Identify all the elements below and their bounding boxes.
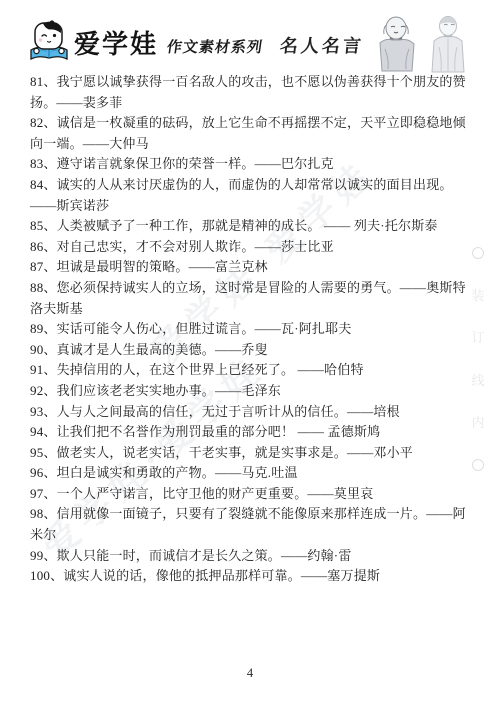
brand-group: 爱学娃 作文素材系列 [28, 20, 263, 64]
quote-line: 91、失掉信用的人，在这个世界上已经死了。 ——哈伯特 [30, 360, 478, 381]
quote-line: 83、遵守诺言就象保卫你的荣誉一样。——巴尔扎克 [30, 154, 478, 175]
quote-line: 95、做老实人，说老实话，干老实事，就是实事求是。——邓小平 [30, 443, 478, 464]
document-page: 爱学娃 作文素材系列 名人名言 [0, 0, 500, 707]
brand-series-label: 作文素材系列 [166, 36, 265, 57]
ancient-scholars-sketch-icon [372, 15, 476, 73]
quote-line: 82、诚信是一枚凝重的砝码，放上它生命不再摇摆不定，天平立即稳稳地倾向一端。——… [30, 113, 478, 154]
quote-line: 81、我宁愿以诚挚获得一百名敌人的攻击，也不愿以伪善获得十个朋友的赞扬。——裴多… [30, 72, 478, 113]
page-number: 4 [0, 666, 500, 681]
quote-line: 90、真诚才是人生最高的美德。——乔叟 [30, 340, 478, 361]
category-title: 名人名言 [279, 32, 366, 58]
quote-line: 98、信用就像一面镜子，只要有了裂缝就不能像原来那样连成一片。——阿米尔 [30, 504, 478, 545]
quote-line: 92、我们应该老老实实地办事。——毛泽东 [30, 381, 478, 402]
quote-line: 96、坦白是诚实和勇敢的产物。——马克.吐温 [30, 463, 478, 484]
header-right-group: 名人名言 [280, 11, 476, 73]
quote-line: 84、诚实的人从来讨厌虚伪的人，而虚伪的人却常常以诚实的面目出现。——斯宾诺莎 [30, 175, 478, 216]
quote-line: 97、一个人严守诺言，比守卫他的财产更重要。——莫里哀 [30, 484, 478, 505]
quote-line: 94、让我们把不名誉作为刑罚最重的部分吧！ —— 孟德斯鸠 [30, 422, 478, 443]
quote-line: 88、您必须保持诚实人的立场，这时常是冒险的人需要的勇气。——奥斯特洛夫斯基 [30, 278, 478, 319]
quote-line: 86、对自己忠实，才不会对别人欺诈。——莎士比亚 [30, 237, 478, 258]
quote-line: 93、人与人之间最高的信任，无过于言听计从的信任。——培根 [30, 402, 478, 423]
quote-line: 99、欺人只能一时，而诚信才是长久之策。——约翰·雷 [30, 546, 478, 567]
quote-line: 85、人类被赋予了一种工作，那就是精神的成长。 —— 列夫·托尔斯泰 [30, 216, 478, 237]
quotes-list: 81、我宁愿以诚挚获得一百名敌人的攻击，也不愿以伪善获得十个朋友的赞扬。——裴多… [30, 72, 478, 587]
quote-line: 87、坦诚是最明智的策略。——富兰克林 [30, 257, 478, 278]
reading-baby-mascot-icon [28, 20, 70, 64]
quote-line: 100、诚实人说的话，像他的抵押品那样可靠。——塞万提斯 [30, 566, 478, 587]
quote-line: 89、实话可能令人伤心，但胜过谎言。——瓦·阿扎耶夫 [30, 319, 478, 340]
page-header: 爱学娃 作文素材系列 名人名言 [28, 16, 476, 68]
brand-name: 爱学娃 [74, 24, 158, 61]
